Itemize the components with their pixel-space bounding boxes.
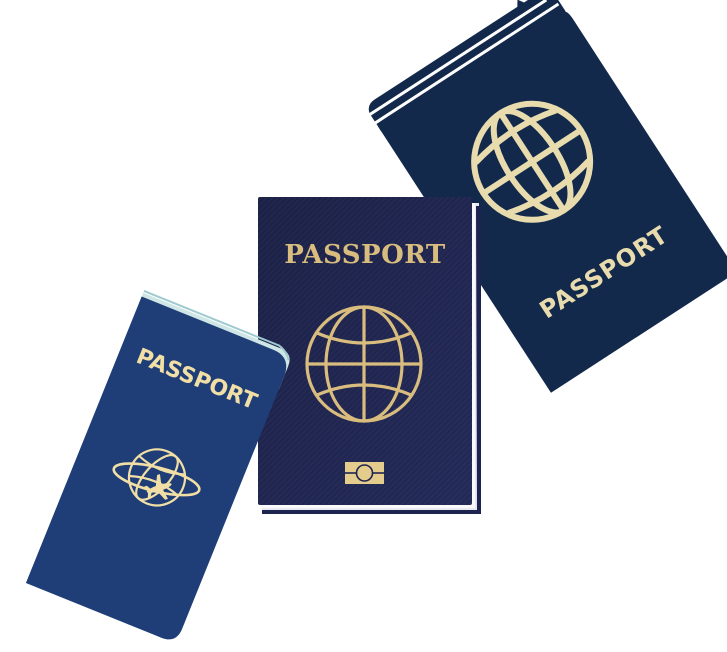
passport-center: PASSPORT [258, 197, 481, 514]
globe-icon [307, 307, 421, 421]
passports-scene: PASSPORT PASSPORT [0, 0, 727, 652]
biometric-chip-icon [345, 462, 384, 484]
passport-center-title: PASSPORT [284, 240, 446, 270]
passport-left: PASSPORT [26, 291, 294, 644]
